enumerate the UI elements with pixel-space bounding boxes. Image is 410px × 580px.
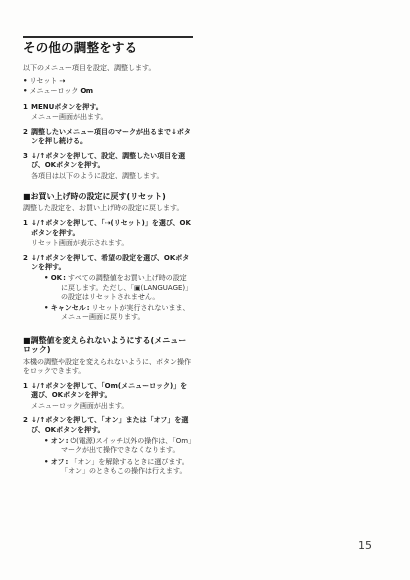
- option-label: キャンセル: [51, 304, 86, 312]
- section-lead-reset: 調整した設定を、お買い上げ時の設定に戻します。: [23, 204, 193, 213]
- main-step-1: 1 MENUボタンを押す。 メニュー画面が出ます。: [23, 103, 193, 123]
- option-on: • オン:⏻(電源)スイッチ以外の操作は、「Om」マークが出て操作できなくなりま…: [44, 437, 193, 456]
- list-item-reset: • リセット ⇢: [23, 77, 193, 86]
- step-body: ↓/↑ボタンを押して、「オン」または「オフ」を選び、OKボタンを押す。 • オン…: [31, 416, 193, 478]
- bullet-icon: •: [23, 77, 27, 86]
- section-lead-menu-lock: 本機の調整や設定を変えられないように、ボタン操作をロックできます。: [23, 358, 193, 377]
- step-number: 1: [23, 219, 31, 248]
- reset-step-1: 1 ↓/↑ボタンを押して、「⇢(リセット)」を選び、OKボタンを押す。 リセット…: [23, 219, 193, 248]
- bullet-icon: •: [44, 458, 48, 466]
- main-step-2: 2 調整したいメニュー項目のマークが出るまで↓ボタンを押し続ける。: [23, 128, 193, 147]
- bullet-icon: •: [44, 274, 48, 282]
- step-result: メニュー画面が出ます。: [31, 113, 193, 122]
- step-instruction: ↓/↑ボタンを押して、設定、調整したい項目を選び、OKボタンを押す。: [31, 152, 193, 171]
- lock-options-list: • オン:⏻(電源)スイッチ以外の操作は、「Om」マークが出て操作できなくなりま…: [31, 437, 193, 476]
- step-number: 2: [23, 254, 31, 325]
- option-label: オン: [51, 437, 65, 445]
- key-lock-icon: Om: [80, 87, 92, 96]
- intro-text: 以下のメニュー項目を設定、調整します。: [23, 64, 193, 73]
- section-heading-menu-lock: ■調整値を変えられないようにする(メニューロック): [23, 336, 193, 355]
- list-item-label: メニューロック: [29, 87, 78, 96]
- step-body: ↓/↑ボタンを押して、設定、調整したい項目を選び、OKボタンを押す。 各項目は以…: [31, 152, 193, 181]
- bullet-icon: •: [23, 87, 27, 96]
- step-instruction: ↓/↑ボタンを押して、「⇢(リセット)」を選び、OKボタンを押す。: [31, 219, 193, 238]
- option-description: 「オン」を解除するときに選びます。「オン」のときもこの操作は行えます。: [61, 458, 189, 475]
- bullet-icon: •: [44, 437, 48, 445]
- step-number: 2: [23, 416, 31, 478]
- option-label: OK: [51, 274, 62, 282]
- lock-step-1: 1 ↓/↑ボタンを押して、「Om(メニューロック)」を選び、OKボタンを押す。 …: [23, 382, 193, 411]
- option-off: • オフ:「オン」を解除するときに選びます。「オン」のときもこの操作は行えます。: [44, 458, 193, 477]
- step-instruction: ↓/↑ボタンを押して、希望の設定を選び、OKボタンを押す。: [31, 254, 193, 273]
- reset-arrow-icon: ⇢: [59, 77, 64, 86]
- manual-page-content: その他の調整をする 以下のメニュー項目を設定、調整します。 • リセット ⇢ •…: [23, 36, 193, 484]
- list-item-menu-lock: • メニューロック Om: [23, 87, 193, 96]
- lock-step-2: 2 ↓/↑ボタンを押して、「オン」または「オフ」を選び、OKボタンを押す。 • …: [23, 416, 193, 478]
- option-label: オフ: [51, 458, 65, 466]
- option-cancel: • キャンセル:リセットが実行されないまま、メニュー画面に戻ります。: [44, 304, 193, 323]
- page-title: その他の調整をする: [23, 41, 193, 55]
- option-description: すべての調整値をお買い上げ時の設定に戻します。ただし、「▣(LANGUAGE)」…: [61, 274, 192, 301]
- step-result: メニューロック画面が出ます。: [31, 402, 193, 411]
- step-number: 3: [23, 152, 31, 181]
- option-ok: • OK:すべての調整値をお買い上げ時の設定に戻します。ただし、「▣(LANGU…: [44, 274, 193, 302]
- bullet-icon: •: [44, 304, 48, 312]
- step-number: 2: [23, 128, 31, 147]
- step-instruction: 調整したいメニュー項目のマークが出るまで↓ボタンを押し続ける。: [31, 128, 193, 147]
- step-number: 1: [23, 103, 31, 123]
- option-description: ⏻(電源)スイッチ以外の操作は、「Om」マークが出て操作できなくなります。: [61, 437, 192, 454]
- step-body: ↓/↑ボタンを押して、希望の設定を選び、OKボタンを押す。 • OK:すべての調…: [31, 254, 193, 325]
- step-body: ↓/↑ボタンを押して、「Om(メニューロック)」を選び、OKボタンを押す。 メニ…: [31, 382, 193, 411]
- step-result: 各項目は以下のように設定、調整します。: [31, 172, 193, 181]
- page-number: 15: [358, 539, 372, 552]
- step-instruction: MENUボタンを押す。: [31, 103, 193, 112]
- main-step-3: 3 ↓/↑ボタンを押して、設定、調整したい項目を選び、OKボタンを押す。 各項目…: [23, 152, 193, 181]
- step-body: 調整したいメニュー項目のマークが出るまで↓ボタンを押し続ける。: [31, 128, 193, 147]
- section-heading-reset: ■お買い上げ時の設定に戻す(リセット): [23, 192, 193, 202]
- step-instruction: ↓/↑ボタンを押して、「オン」または「オフ」を選び、OKボタンを押す。: [31, 416, 193, 435]
- reset-options-list: • OK:すべての調整値をお買い上げ時の設定に戻します。ただし、「▣(LANGU…: [31, 274, 193, 322]
- step-body: ↓/↑ボタンを押して、「⇢(リセット)」を選び、OKボタンを押す。 リセット画面…: [31, 219, 193, 248]
- step-instruction: ↓/↑ボタンを押して、「Om(メニューロック)」を選び、OKボタンを押す。: [31, 382, 193, 401]
- step-body: MENUボタンを押す。 メニュー画面が出ます。: [31, 103, 193, 123]
- step-number: 1: [23, 382, 31, 411]
- list-item-label: リセット: [29, 77, 57, 86]
- step-result: リセット画面が表示されます。: [31, 239, 193, 248]
- reset-step-2: 2 ↓/↑ボタンを押して、希望の設定を選び、OKボタンを押す。 • OK:すべて…: [23, 254, 193, 325]
- menu-item-list: • リセット ⇢ • メニューロック Om: [23, 77, 193, 97]
- title-rule: その他の調整をする: [23, 36, 193, 55]
